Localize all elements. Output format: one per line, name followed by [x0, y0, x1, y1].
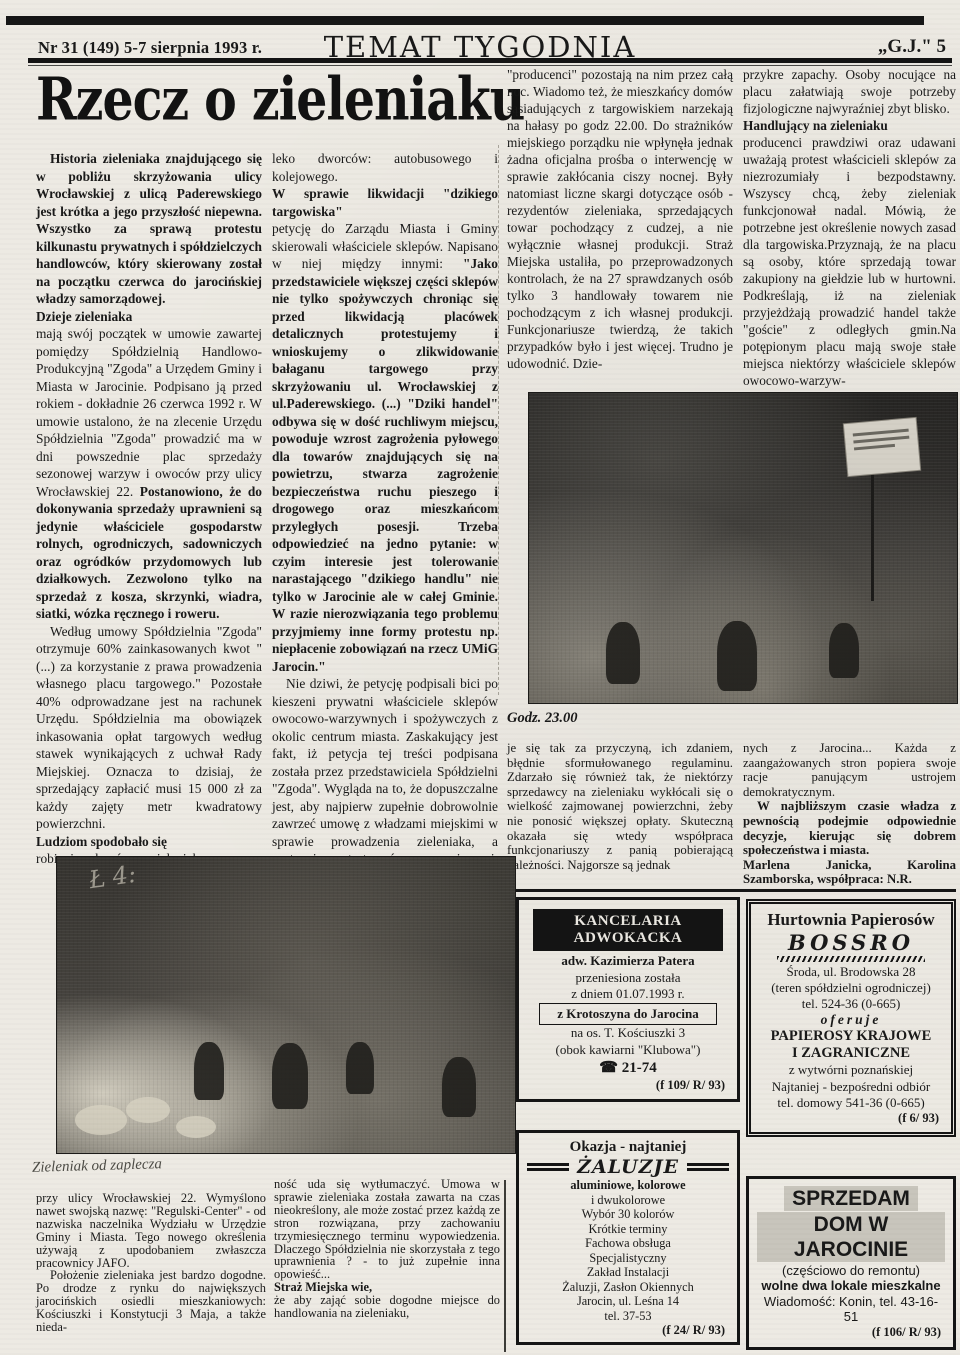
- ad-line: Wiadomość: Konin, tel. 43-16-51: [757, 1294, 945, 1324]
- ad-phone-row: ☎ 21-74: [527, 1058, 729, 1077]
- ad-oferuje: oferuje: [759, 1012, 943, 1028]
- article-column-3-continued: je się tak za przyczyną, ich zdaniem, bł…: [507, 741, 733, 872]
- ad-line-bold: PAPIEROSY KRAJOWE: [759, 1028, 943, 1045]
- sign-text-line: [854, 444, 895, 451]
- ad-sprzedam-headline: DOM W JAROCINIE: [757, 1212, 945, 1262]
- ad-line-bold: I ZAGRANICZNE: [759, 1045, 943, 1062]
- ad-line: Specjalistyczny: [527, 1251, 729, 1266]
- person-silhouette: [272, 1043, 308, 1109]
- article-paragraph: Według umowy Spółdzielnia "Zgoda" otrzym…: [36, 623, 262, 833]
- article-byline: Marlena Janicka, Karolina Szamborska, ws…: [743, 858, 956, 887]
- article-title: Rzecz o zieleniaku: [36, 66, 524, 134]
- ad-line: Żaluzji, Zasłon Okiennych: [527, 1280, 729, 1295]
- ad-sprzedam: SPRZEDAM DOM W JAROCINIE (częściowo do r…: [746, 1176, 956, 1350]
- ad-ref-code: (f 106/ R/ 93): [757, 1325, 945, 1340]
- ad-line: tel. 37-53: [527, 1309, 729, 1324]
- ad-kancelaria: KANCELARIA ADWOKACKA adw. Kazimierza Pat…: [516, 897, 740, 1102]
- article-column-1: Historia zieleniaka znajdującego się w p…: [36, 150, 262, 868]
- ad-line: Krótkie terminy: [527, 1222, 729, 1237]
- ad-line: tel. domowy 541-36 (0-665): [759, 1095, 943, 1111]
- phone-icon: ☎: [599, 1060, 618, 1076]
- decorative-bar: [527, 1163, 569, 1171]
- ad-line: i dwukolorowe: [527, 1193, 729, 1208]
- article-lead: Historia zieleniaka znajdującego się w p…: [36, 150, 262, 308]
- decorative-bar: [687, 1163, 729, 1171]
- column-divider: [498, 145, 499, 695]
- bottom-left-column: przy ulicy Wrocławskiej 22. Wymyślono na…: [36, 1192, 266, 1334]
- person-silhouette: [717, 621, 757, 691]
- person-silhouette: [442, 1057, 476, 1117]
- article-paragraph: mają swój początek w umowie zawartej pom…: [36, 325, 262, 623]
- subhead-likwidacja: W sprawie likwidacji "dzikiego targowisk…: [272, 185, 498, 220]
- article-paragraph: przykre zapachy. Osoby nocujące na placu…: [743, 66, 956, 117]
- market-sign: [844, 418, 920, 476]
- bottom-column-divider: [504, 1180, 506, 1352]
- ad-ref-code: (f 109/ R/ 93): [527, 1078, 729, 1093]
- sign-text-line: [853, 435, 909, 443]
- article-paragraph: Położenie zieleniaka jest bardzo dogodne…: [36, 1269, 266, 1334]
- ad-line: (obok kawiarni "Klubowa"): [527, 1042, 729, 1058]
- person-silhouette: [829, 623, 859, 678]
- article-column-2: leko dworców: autobusowego i kolejowego.…: [272, 150, 498, 903]
- paragraph-text-bold: Postanowiono, że do dokonywania sprzedaż…: [36, 484, 262, 622]
- ad-kancelaria-title: KANCELARIA ADWOKACKA: [533, 909, 723, 951]
- ad-line: Najtaniej - bezpośredni odbiór: [759, 1079, 943, 1095]
- subhead-dzieje: Dzieje zieleniaka: [36, 308, 262, 326]
- paragraph-text: mają swój początek w umowie zawartej pom…: [36, 326, 262, 499]
- top-rule-bar: [6, 16, 924, 25]
- article-column-4-continued: nych z Jarocina... Każda z zaangażowanyc…: [743, 741, 956, 887]
- ad-line: (teren spółdzielni ogrodniczej): [759, 980, 943, 996]
- ad-line: Jarocin, ul. Leśna 14: [527, 1294, 729, 1309]
- ad-line: z wytwórni poznańskiej: [759, 1062, 943, 1078]
- photo-market-back: Ł 4:: [56, 856, 516, 1154]
- ad-zaluzje: Okazja - najtaniej ŻALUZJE aluminiowe, k…: [516, 1130, 740, 1345]
- photo-market-night: [528, 392, 958, 704]
- ad-line: tel. 524-36 (0-665): [759, 996, 943, 1012]
- subhead-handlujacy: Handlujący na zieleniaku: [743, 117, 956, 134]
- person-silhouette: [194, 1042, 224, 1100]
- article-closing-bold: W najbliższym czasie władza z pewnością …: [743, 799, 956, 857]
- decorative-hatch: [777, 956, 925, 962]
- sign-text-line: [852, 429, 908, 437]
- article-column-4: przykre zapachy. Osoby nocujące na placu…: [743, 66, 956, 389]
- ad-boxed-line: z Krotoszyna do Jarocina: [539, 1003, 717, 1025]
- article-paragraph: nych z Jarocina... Każda z zaangażowanyc…: [743, 741, 956, 799]
- article-paragraph: je się tak za przyczyną, ich zdaniem, bł…: [507, 741, 733, 872]
- ad-line: adw. Kazimierza Patera: [527, 953, 729, 969]
- ad-line: aluminiowe, kolorowe: [527, 1178, 729, 1193]
- ad-line: Środa, ul. Brodowska 28: [759, 964, 943, 980]
- person-silhouette: [606, 622, 640, 684]
- ad-phone-number: 21-74: [622, 1060, 657, 1076]
- bottom-middle-column: ność uda się wytłumaczyć. Umowa w sprawi…: [274, 1178, 500, 1320]
- ad-bossro: Hurtownia Papierosów BOSSRO Środa, ul. B…: [746, 899, 956, 1137]
- ad-zaluzje-brand: ŻALUZJE: [577, 1156, 679, 1178]
- photo-caption-night: Godz. 23.00: [507, 710, 578, 727]
- article-paragraph: petycję do Zarządu Miasta i Gminy skiero…: [272, 220, 498, 675]
- newspaper-page: Nr 31 (149) 5-7 sierpnia 1993 r. TEMAT T…: [0, 0, 960, 1355]
- ad-ref-code: (f 24/ R/ 93): [527, 1323, 729, 1338]
- article-paragraph: przy ulicy Wrocławskiej 22. Wymyślono na…: [36, 1192, 266, 1269]
- page-number: „G.J." 5: [878, 36, 946, 58]
- ad-line: z dniem 01.07.1993 r.: [527, 986, 729, 1002]
- article-paragraph: ność uda się wytłumaczyć. Umowa w sprawi…: [274, 1178, 500, 1281]
- ads-top-rule: [507, 889, 956, 892]
- ad-bossro-brand: BOSSRO: [759, 930, 943, 955]
- ad-line: na os. T. Kościuszki 3: [527, 1025, 729, 1041]
- ad-line: przeniesiona została: [527, 970, 729, 986]
- ad-line: Zakład Instalacji: [527, 1265, 729, 1280]
- subhead-ludziom: Ludziom spodobało się: [36, 833, 262, 851]
- ad-line: Fachowa obsługa: [527, 1236, 729, 1251]
- article-paragraph: producenci prawdziwi oraz udawani uważaj…: [743, 134, 956, 389]
- ad-line: (częściowo do remontu): [757, 1263, 945, 1278]
- sign-pole: [871, 471, 874, 601]
- ad-sprzedam-headline: SPRZEDAM: [784, 1186, 918, 1211]
- article-column-3: "producenci" pozostają na nim przez całą…: [507, 66, 733, 372]
- ad-line: Wybór 30 kolorów: [527, 1207, 729, 1222]
- ad-line: wolne dwa lokale mieszkalne: [757, 1278, 945, 1293]
- paragraph-quote-bold: "Jako przedstawiciele większej części sk…: [272, 256, 498, 674]
- ad-bossro-title: Hurtownia Papierosów: [759, 910, 943, 930]
- article-paragraph: leko dworców: autobusowego i kolejowego.: [272, 150, 498, 185]
- ad-zaluzje-brand-row: ŻALUZJE: [527, 1156, 729, 1178]
- article-paragraph: "producenci" pozostają na nim przez całą…: [507, 66, 733, 372]
- ad-ref-code: (f 6/ 93): [759, 1111, 943, 1126]
- photo-caption-main: Zieleniak od zaplecza: [32, 1156, 162, 1177]
- article-paragraph: że aby zająć sobie dogodne miejsce do ha…: [274, 1294, 500, 1320]
- person-silhouette: [346, 1042, 374, 1094]
- ad-zaluzje-title: Okazja - najtaniej: [527, 1139, 729, 1156]
